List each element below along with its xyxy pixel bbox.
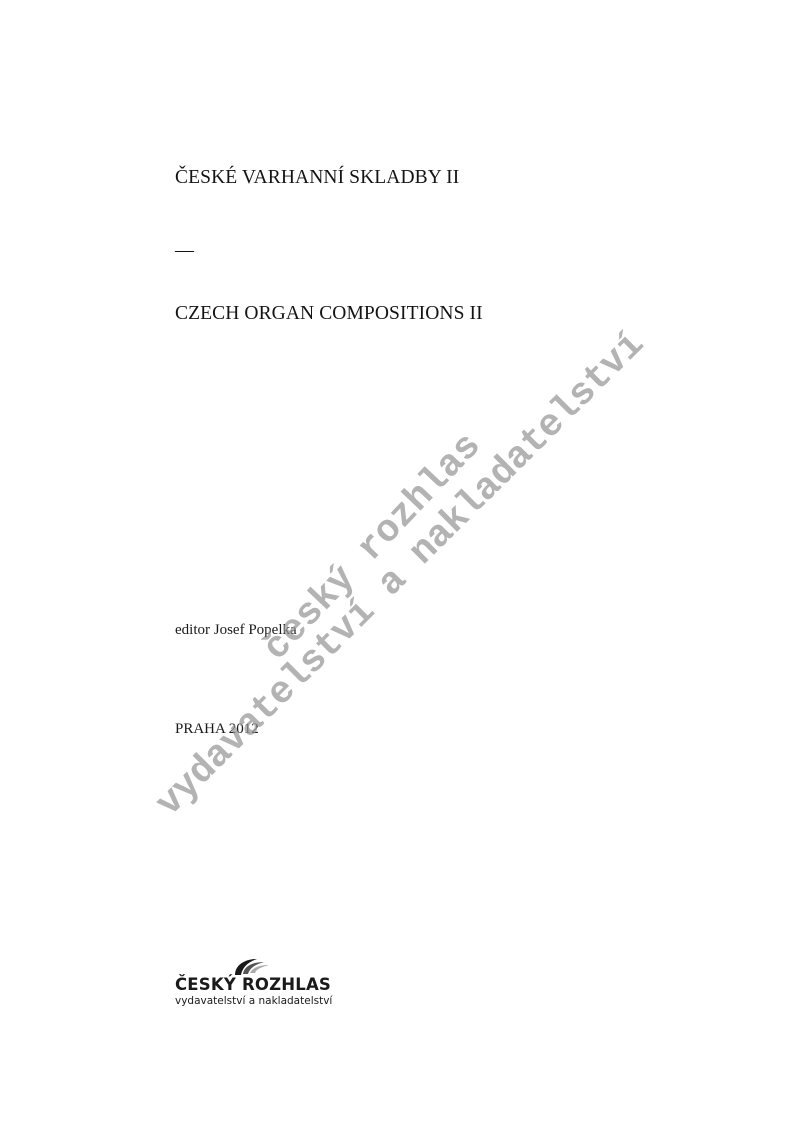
publisher-logo: ČESKÝ ROZHLAS vydavatelství a nakladatel…: [175, 955, 355, 1015]
watermark-line-2: vydavatelství a nakladatelství: [148, 324, 653, 826]
title-czech: ČESKÉ VARHANNÍ SKLADBY II: [175, 167, 459, 189]
publisher-subtitle: vydavatelství a nakladatelství: [175, 995, 332, 1007]
title-separator: —: [175, 240, 194, 262]
editor-credit: editor Josef Popelka: [175, 622, 297, 639]
publisher-name: ČESKÝ ROZHLAS: [175, 975, 331, 994]
place-year: PRAHA 2012: [175, 721, 259, 738]
title-page: ČESKÉ VARHANNÍ SKLADBY II — CZECH ORGAN …: [0, 0, 796, 1126]
title-english: CZECH ORGAN COMPOSITIONS II: [175, 303, 483, 325]
wave-swoosh-icon: [231, 955, 271, 977]
